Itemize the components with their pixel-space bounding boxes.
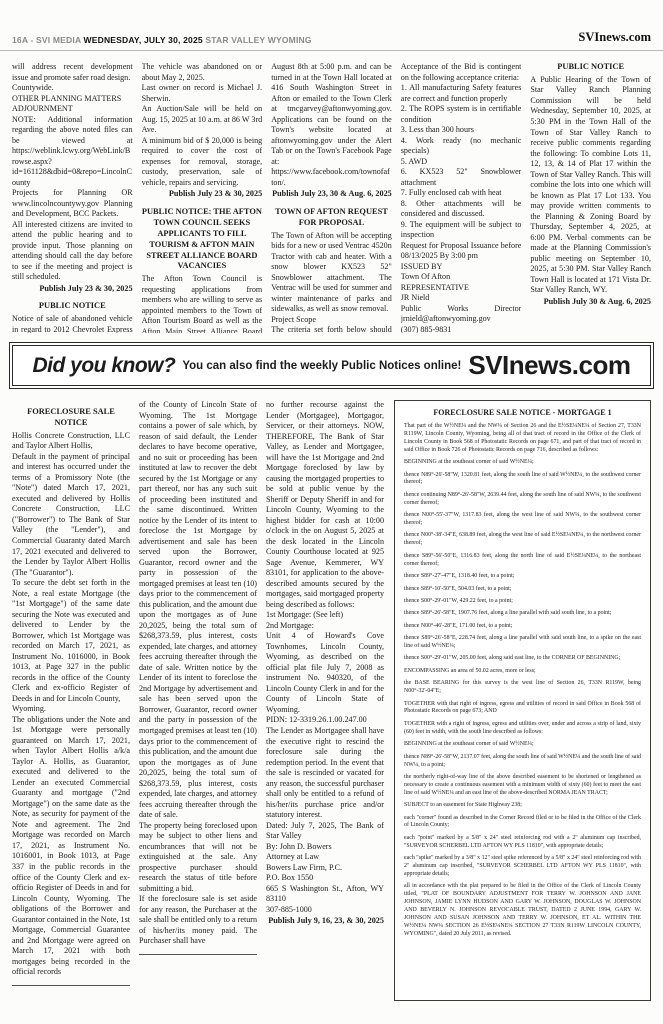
notice-column-2: The vehicle was abandoned on or about Ma… — [142, 62, 263, 333]
notice-paragraph: Notice of sale of abandoned vehicle in r… — [12, 314, 133, 333]
notice-paragraph: Countywide. — [12, 83, 133, 94]
legal-paragraph: each "point" marked by a 5/8" x 24" stee… — [404, 835, 641, 851]
banner-site-logo: SVInews.com — [468, 350, 630, 381]
notice-paragraph: The Afton Town Council is requesting app… — [142, 274, 263, 333]
notice-paragraph: 307-885-1000 — [266, 905, 384, 916]
notice-paragraph: 7. Fully enclosed cab with heat — [401, 188, 522, 199]
notice-column-3: August 8th at 5:00 p.m. and can be turne… — [271, 62, 392, 333]
legal-paragraph: the BASE BEARING for this survey is the … — [404, 680, 641, 696]
notice-paragraph: 3. Less than 300 hours — [401, 125, 522, 136]
notice-paragraph: of the County of Lincoln State of Wyomin… — [139, 400, 257, 821]
notice-paragraph: P.O. Box 1550 — [266, 873, 384, 884]
notice-paragraph: NOTE: Additional information regarding t… — [12, 115, 133, 189]
notice-paragraph: The criteria set forth below should be m… — [271, 325, 392, 333]
legal-paragraph: each "spike" marked by a 3/8" x 12" stee… — [404, 855, 641, 879]
notice-paragraph: The Lender as Mortgagee shall have the e… — [266, 726, 384, 821]
header-section-label: 16A - SVI MEDIA — [12, 35, 81, 45]
legal-paragraph: TOGETHER with that right of ingress, egr… — [404, 701, 641, 717]
notice-paragraph: Last owner on record is Michael J. Sherw… — [142, 83, 263, 104]
notice-paragraph: (307) 885-9831 — [401, 325, 522, 333]
notice-paragraph: 2. The ROPS system is in certifiable con… — [401, 104, 522, 125]
notice-paragraph: August 8th at 5:00 p.m. and can be turne… — [271, 62, 392, 188]
notice-paragraph: Dated: July 7, 2025, The Bank of Star Va… — [266, 821, 384, 842]
notice-paragraph: Request for Proposal Issuance before 08/… — [401, 241, 522, 262]
legal-paragraph: thence N00°-46'-28"E, 171.00 feet, to a … — [404, 623, 641, 631]
foreclosure-columns: FORECLOSURE SALE NOTICEHollis Concrete C… — [12, 400, 384, 1001]
legal-paragraph: thence S89°-26'-58"E, 228.74 feet, along… — [404, 635, 641, 651]
notice-paragraph: 5. AWD — [401, 157, 522, 168]
publish-line: Publish July 23 & 30, 2025 — [12, 284, 133, 295]
notice-paragraph: All interested citizens are invited to a… — [12, 220, 133, 283]
notice-paragraph: Town Of Afton — [401, 272, 522, 283]
notice-paragraph: The obligations under the Note and 1st M… — [12, 715, 130, 978]
notice-column-5: PUBLIC NOTICEA Public Hearing of the Tow… — [530, 62, 651, 333]
newspaper-page: 16A - SVI MEDIA WEDNESDAY, JULY 30, 2025… — [0, 0, 663, 1024]
foreclosure-column-2: of the County of Lincoln State of Wyomin… — [139, 400, 257, 1001]
legal-paragraph: TOGETHER with a right of ingress, egress… — [404, 721, 641, 737]
notice-paragraph: 8. Other attachments will be considered … — [401, 199, 522, 220]
legal-paragraph: thence N89°-26'-58"W, 1320.81 feet, alon… — [404, 472, 641, 488]
notice-paragraph: The vehicle was abandoned on or about Ma… — [142, 62, 263, 83]
legal-paragraph: each "corner" found as described in the … — [404, 815, 641, 831]
mortgage-1-title: FORECLOSURE SALE NOTICE - MORTGAGE 1 — [404, 408, 641, 417]
top-notices-section: will address recent development issue an… — [0, 51, 663, 333]
publish-line: Publish July 30 & Aug. 6, 2025 — [530, 297, 651, 308]
notice-paragraph: 4. Work ready (no mechanic specials) — [401, 136, 522, 157]
notice-paragraph: 6. KX523 52" Snowblower attachment — [401, 167, 522, 188]
mortgage-1-body: That part of the W½NE¼ and the NW¼ of Se… — [404, 423, 641, 939]
legal-paragraph: thence N00°-38'-34"E, 638.89 feet, along… — [404, 532, 641, 548]
notice-paragraph: 9. The equipment will be subject to insp… — [401, 220, 522, 241]
notice-paragraph: Attorney at Law — [266, 852, 384, 863]
notice-paragraph: OTHER PLANNING MATTERS — [12, 94, 133, 105]
notice-paragraph: ADJOURNMENT — [12, 104, 133, 115]
legal-paragraph: thence S89°-27'-47"E, 1318.40 feet, to a… — [404, 573, 641, 581]
notice-paragraph: PIDN: 12-3319.26.1.00.247.00 — [266, 715, 384, 726]
header-date: WEDNESDAY, JULY 30, 2025 — [84, 35, 203, 45]
notice-paragraph: 2nd Mortgage: — [266, 621, 384, 632]
publish-line: Publish July 23, 30 & Aug. 6, 2025 — [271, 189, 392, 200]
legal-paragraph: SUBJECT to an easement for State Highway… — [404, 802, 641, 810]
publish-line: Publish July 9, 16, 23, & 30, 2025 — [266, 916, 384, 927]
notice-paragraph: If the foreclosure sale is set aside for… — [139, 894, 257, 947]
notice-paragraph: Project Scope — [271, 315, 392, 326]
legal-paragraph: thence N89°-26'-58"W, 2137.07 feet, alon… — [404, 754, 641, 770]
foreclosure-notices-section: FORECLOSURE SALE NOTICEHollis Concrete C… — [0, 389, 663, 1001]
notice-paragraph: To secure the debt set forth in the Note… — [12, 578, 130, 704]
header-region: STAR VALLEY WYOMING — [205, 35, 311, 45]
header-site-logo: SVInews.com — [578, 30, 651, 45]
legal-paragraph: ENCOMPASSING an area of 50.02 acres, mor… — [404, 668, 641, 676]
notice-paragraph: 1st Mortgage: (See left) — [266, 610, 384, 621]
notice-paragraph: Bowers Law Firm, P.C. — [266, 863, 384, 874]
notice-paragraph: REPRESENTATIVE — [401, 283, 522, 294]
legal-paragraph: thence S89°-10'-50"E, 504.03 feet, to a … — [404, 586, 641, 594]
legal-paragraph: thence S00°-29'-01"W, 205.00 feet, along… — [404, 655, 641, 663]
notice-paragraph: Projects for Planning OR www.lincolncoun… — [12, 188, 133, 220]
notice-paragraph: will address recent development issue an… — [12, 62, 133, 83]
legal-paragraph: the northerly right-of-way line of the a… — [404, 774, 641, 798]
notice-paragraph: 1. All manufacturing Safety features are… — [401, 83, 522, 104]
legal-paragraph: BEGINNING at the southeast corner of sai… — [404, 741, 641, 749]
foreclosure-column-1: FORECLOSURE SALE NOTICEHollis Concrete C… — [12, 400, 130, 1001]
notice-column-1: will address recent development issue an… — [12, 62, 133, 333]
legal-paragraph: thence S00°-29'-01"W, 429.22 feet, to a … — [404, 598, 641, 606]
notice-paragraph: JR Nield — [401, 293, 522, 304]
header-edition-line: 16A - SVI MEDIA WEDNESDAY, JULY 30, 2025… — [12, 35, 312, 45]
notice-heading: TOWN OF AFTON REQUEST FOR PROPOSAL — [271, 207, 392, 229]
notice-paragraph: By: John D. Bowers — [266, 842, 384, 853]
banner-content: Did you know? You can also find the week… — [12, 345, 651, 386]
publish-line: Publish July 23 & 30, 2025 — [142, 189, 263, 200]
page-header: 16A - SVI MEDIA WEDNESDAY, JULY 30, 2025… — [0, 0, 663, 51]
did-you-know-banner: Did you know? You can also find the week… — [9, 342, 654, 389]
notice-paragraph: 665 S Washington St., Afton, WY 83110 — [266, 884, 384, 905]
notice-paragraph: An Auction/Sale will be held on Aug. 15,… — [142, 104, 263, 136]
legal-paragraph: thence N00°-55'-37"W, 1317.83 feet, alon… — [404, 512, 641, 528]
legal-paragraph: thence S89°-56'-50"E, 1316.83 feet, alon… — [404, 553, 641, 569]
notice-paragraph: A Public Hearing of the Town of Star Val… — [530, 75, 651, 296]
legal-paragraph: BEGINNING at the southeast corner of sai… — [404, 459, 641, 467]
notice-paragraph: ISSUED BY — [401, 262, 522, 273]
notice-heading: PUBLIC NOTICE: THE AFTON TOWN COUNCIL SE… — [142, 207, 263, 273]
banner-body-text: You can also find the weekly Public Noti… — [182, 360, 461, 372]
notice-heading: FORECLOSURE SALE NOTICE — [12, 407, 130, 429]
banner-lead-text: Did you know? — [33, 354, 176, 378]
legal-paragraph: thence S89°-26'-58"E, 1907.76 feet, alon… — [404, 610, 641, 618]
notice-paragraph: Public Works Director jrnield@aftonwyomi… — [401, 304, 522, 325]
legal-paragraph: That part of the W½NE¼ and the NW¼ of Se… — [404, 423, 641, 455]
notice-paragraph: The property being foreclosed upon may b… — [139, 821, 257, 895]
notice-column-4: Acceptance of the Bid is contingent on t… — [401, 62, 522, 333]
notice-paragraph: Wyoming. — [12, 704, 130, 715]
notice-heading: PUBLIC NOTICE — [12, 301, 133, 312]
notice-heading: PUBLIC NOTICE — [530, 62, 651, 73]
foreclosure-column-3: no further recourse against the Lender (… — [266, 400, 384, 1001]
notice-paragraph: A minimum bid of $ 20,000 is being requi… — [142, 136, 263, 189]
notice-paragraph: Acceptance of the Bid is contingent on t… — [401, 62, 522, 83]
legal-paragraph: all in accordance with the plat prepared… — [404, 883, 641, 938]
notice-paragraph: Hollis Concrete Construction, LLC and Ta… — [12, 431, 130, 452]
mortgage-1-legal-box: FORECLOSURE SALE NOTICE - MORTGAGE 1 Tha… — [394, 400, 651, 1001]
notice-paragraph: no further recourse against the Lender (… — [266, 400, 384, 610]
notice-paragraph: The Town of Afton will be accepting bids… — [271, 231, 392, 315]
notice-paragraph: Unit 4 of Howard's Cove Townhomes, Linco… — [266, 631, 384, 715]
notice-paragraph: Default in the payment of principal and … — [12, 452, 130, 578]
legal-paragraph: thence continuing N89°-26'-58"W, 2639.44… — [404, 492, 641, 508]
